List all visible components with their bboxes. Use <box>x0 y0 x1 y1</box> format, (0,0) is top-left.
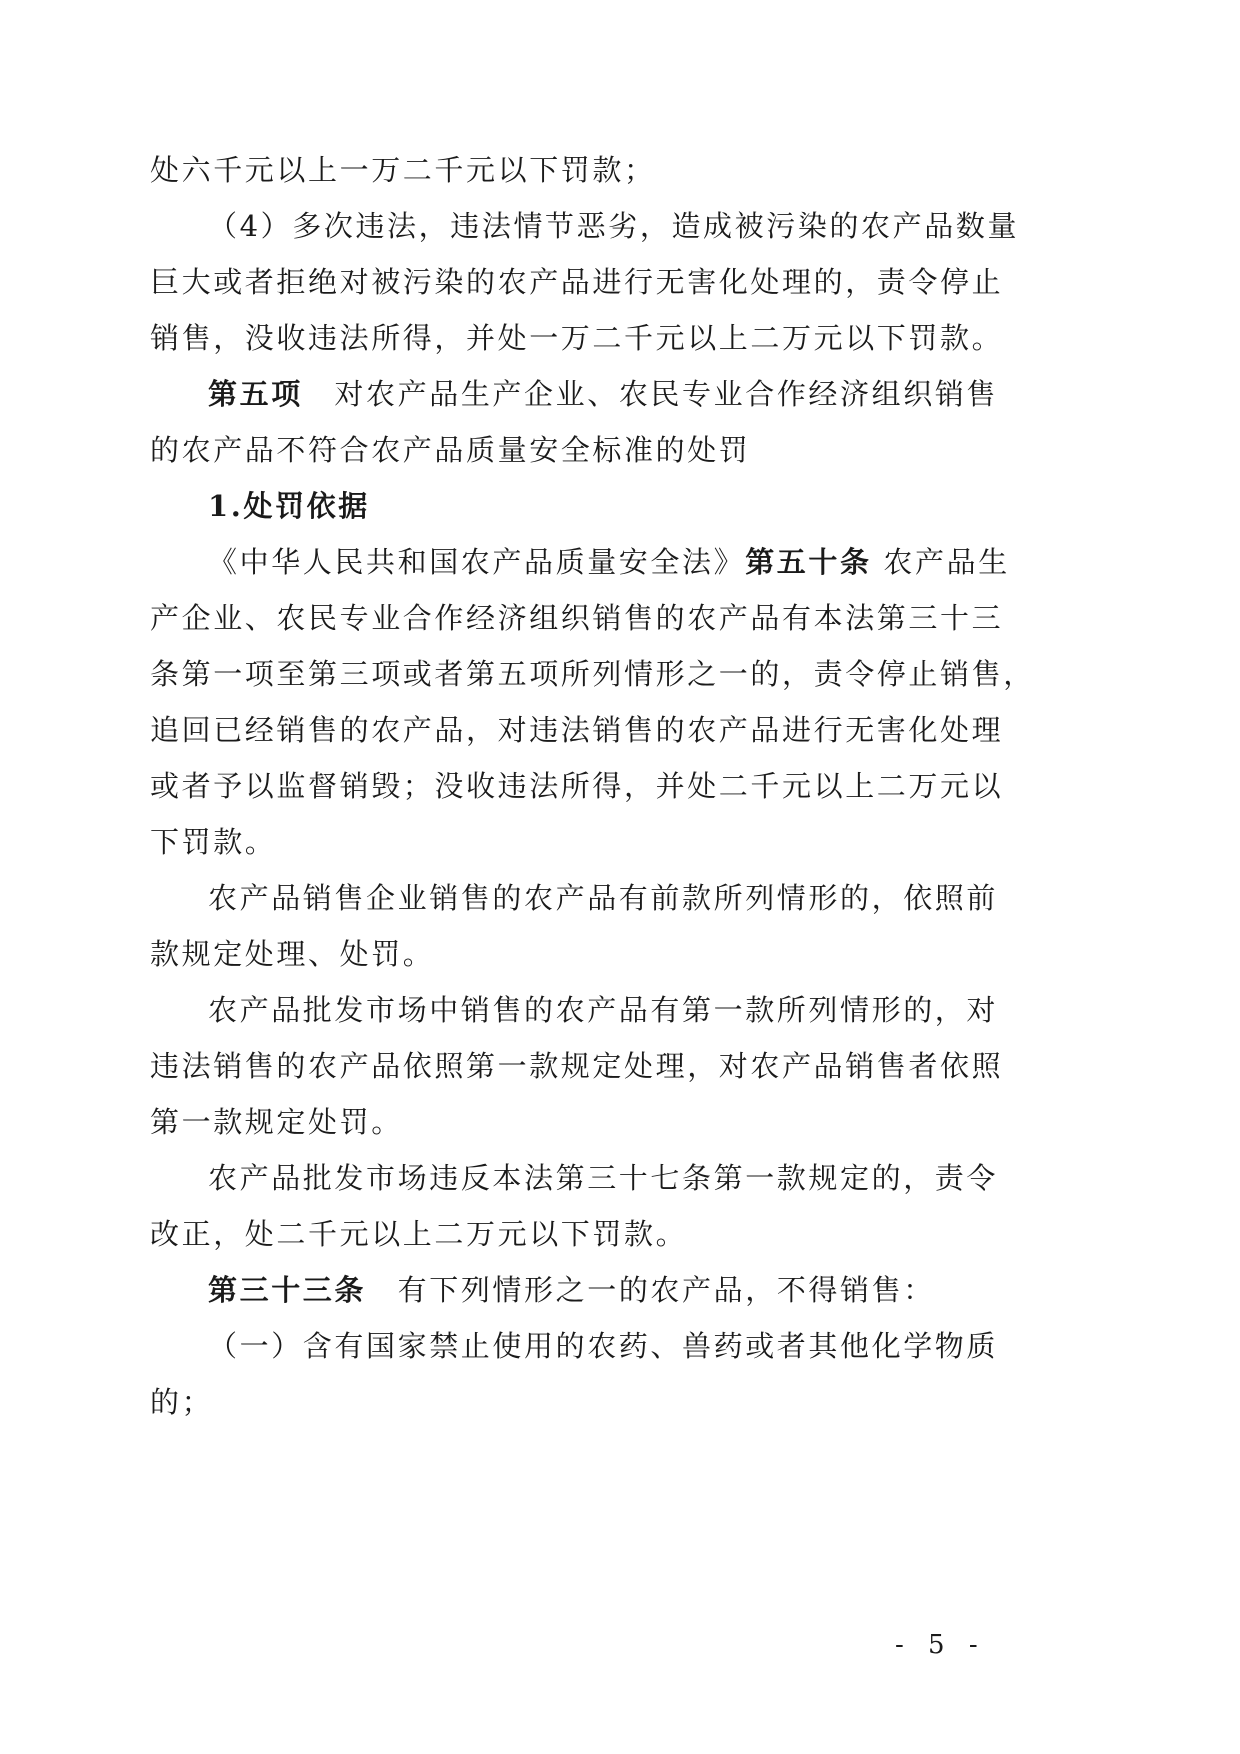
text-line: 产企业、农民专业合作经济组织销售的农产品有本法第三十三 <box>150 598 960 638</box>
text-line: 或者予以监督销毁；没收违法所得，并处二千元以上二万元以 <box>150 766 960 806</box>
line-text: 农产品生 <box>872 545 1010 579</box>
line-text: 违法销售的农产品依照第一款规定处理，对农产品销售者依照 <box>150 1049 1003 1083</box>
bold-heading: 第三十三条 <box>208 1273 366 1307</box>
line-text: 第一款规定处罚。 <box>150 1105 403 1139</box>
text-line: 农产品销售企业销售的农产品有前款所列情形的，依照前 <box>208 878 960 918</box>
line-text: 款规定处理、处罚。 <box>150 937 434 971</box>
line-text: 改正，处二千元以上二万元以下罚款。 <box>150 1217 687 1251</box>
text-line: 《中华人民共和国农产品质量安全法》第五十条 农产品生 <box>208 542 960 582</box>
line-text: 的； <box>150 1385 213 1419</box>
text-line: 销售，没收违法所得，并处一万二千元以上二万元以下罚款。 <box>150 318 960 358</box>
text-line: 的； <box>150 1382 960 1422</box>
line-text: （4）多次违法，违法情节恶劣，造成被污染的农产品数量 <box>208 209 1019 243</box>
line-text: 对农产品生产企业、农民专业合作经济组织销售 <box>303 377 998 411</box>
line-text: （一）含有国家禁止使用的农药、兽药或者其他化学物质 <box>208 1329 998 1363</box>
text-line: 下罚款。 <box>150 822 960 862</box>
line-text: 下罚款。 <box>150 825 276 859</box>
text-line: 1.处罚依据 <box>208 486 960 526</box>
text-line: 第三十三条 有下列情形之一的农产品，不得销售： <box>208 1270 960 1310</box>
line-text: 销售，没收违法所得，并处一万二千元以上二万元以下罚款。 <box>150 321 1003 355</box>
text-line: 追回已经销售的农产品，对违法销售的农产品进行无害化处理 <box>150 710 960 750</box>
text-line: 条第一项至第三项或者第五项所列情形之一的，责令停止销售， <box>150 654 960 694</box>
text-line: 的农产品不符合农产品质量安全标准的处罚 <box>150 430 960 470</box>
bold-article-ref: 第五十条 <box>745 545 871 579</box>
text-line: 改正，处二千元以上二万元以下罚款。 <box>150 1214 960 1254</box>
text-line: 款规定处理、处罚。 <box>150 934 960 974</box>
text-line: 第一款规定处罚。 <box>150 1102 960 1142</box>
line-text: 农产品销售企业销售的农产品有前款所列情形的，依照前 <box>208 881 998 915</box>
line-text: 有下列情形之一的农产品，不得销售： <box>366 1273 935 1307</box>
line-text: 农产品批发市场违反本法第三十七条第一款规定的，责令 <box>208 1161 998 1195</box>
page-number: - 5 - <box>895 1630 986 1660</box>
bold-heading: 1.处罚依据 <box>208 489 370 523</box>
line-text: 农产品批发市场中销售的农产品有第一款所列情形的，对 <box>208 993 998 1027</box>
text-line: （一）含有国家禁止使用的农药、兽药或者其他化学物质 <box>208 1326 960 1366</box>
text-line: 处六千元以上一万二千元以下罚款； <box>150 150 960 190</box>
text-line: （4）多次违法，违法情节恶劣，造成被污染的农产品数量 <box>208 206 960 246</box>
text-line: 农产品批发市场中销售的农产品有第一款所列情形的，对 <box>208 990 960 1030</box>
line-text: 的农产品不符合农产品质量安全标准的处罚 <box>150 433 750 467</box>
line-text: 追回已经销售的农产品，对违法销售的农产品进行无害化处理 <box>150 713 1003 747</box>
bold-heading: 第五项 <box>208 377 303 411</box>
text-line: 巨大或者拒绝对被污染的农产品进行无害化处理的，责令停止 <box>150 262 960 302</box>
text-line: 第五项 对农产品生产企业、农民专业合作经济组织销售 <box>208 374 960 414</box>
line-text: 《中华人民共和国农产品质量安全法》 <box>208 545 745 579</box>
line-text: 条第一项至第三项或者第五项所列情形之一的，责令停止销售， <box>150 657 1035 691</box>
text-line: 违法销售的农产品依照第一款规定处理，对农产品销售者依照 <box>150 1046 960 1086</box>
line-text: 或者予以监督销毁；没收违法所得，并处二千元以上二万元以 <box>150 769 1003 803</box>
line-text: 产企业、农民专业合作经济组织销售的农产品有本法第三十三 <box>150 601 1003 635</box>
line-text: 巨大或者拒绝对被污染的农产品进行无害化处理的，责令停止 <box>150 265 1003 299</box>
line-text: 处六千元以上一万二千元以下罚款； <box>150 153 656 187</box>
text-line: 农产品批发市场违反本法第三十七条第一款规定的，责令 <box>208 1158 960 1198</box>
